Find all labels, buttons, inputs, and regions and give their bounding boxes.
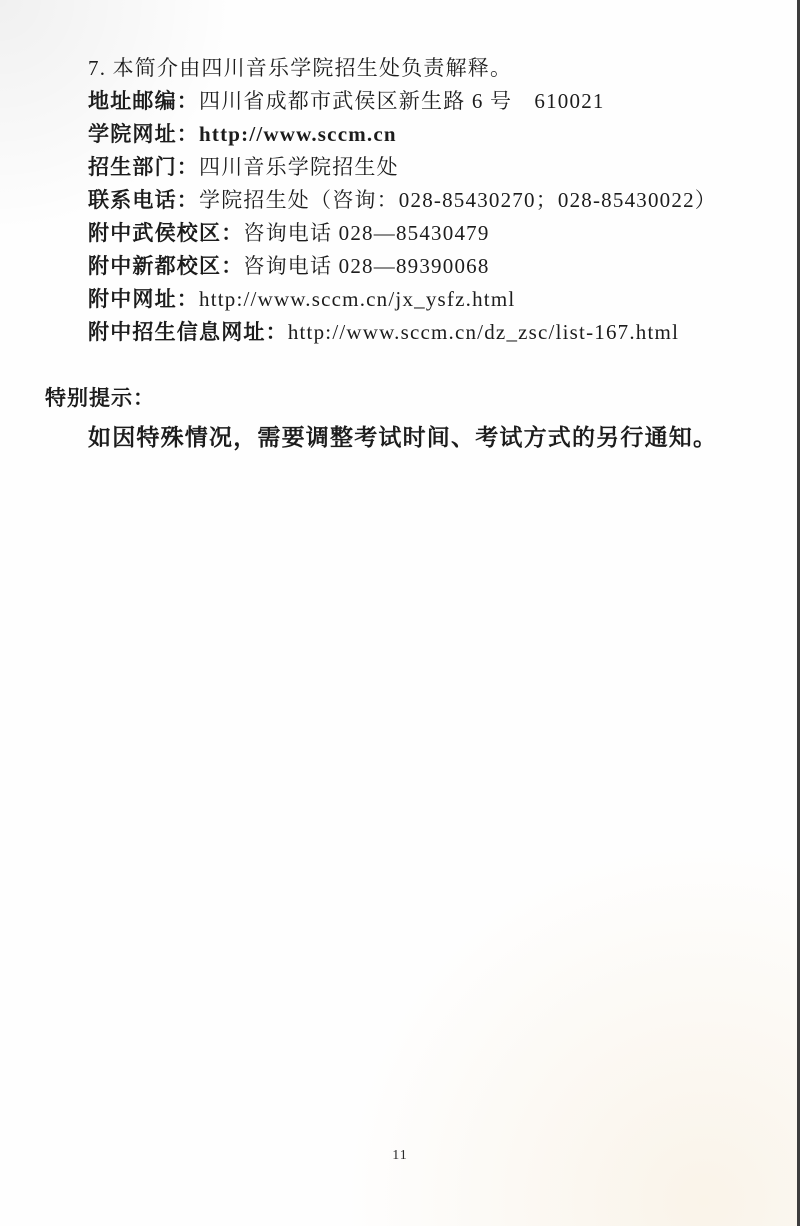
info-value: 四川音乐学院招生处 [199,155,399,179]
info-row-admissions-dept: 招生部门：四川音乐学院招生处 [88,151,748,184]
info-label: 联系电话： [88,188,199,212]
info-label: 附中招生信息网址： [88,320,288,344]
info-label: 学院网址： [88,122,199,146]
special-notice-heading: 特别提示： [45,384,765,414]
info-row-address: 地址邮编：四川省成都市武侯区新生路 6 号 610021 [88,85,748,118]
info-label: 附中网址： [88,287,199,311]
info-label: 地址邮编： [88,89,199,113]
affiliated-school-url: http://www.sccm.cn/jx_ysfz.html [199,287,515,311]
special-notice-section: 特别提示： 如因特殊情况，需要调整考试时间、考试方式的另行通知。 [45,384,765,453]
info-value: 咨询电话 028—89390068 [243,254,489,278]
info-row-affiliated-school-website: 附中网址：http://www.sccm.cn/jx_ysfz.html [88,283,748,316]
page-number: 11 [0,1148,800,1164]
info-row-college-website: 学院网址：http://www.sccm.cn [88,118,748,151]
info-value: 咨询电话 028—85430479 [243,221,489,245]
info-value: 四川省成都市武侯区新生路 6 号 610021 [199,89,605,113]
contact-info-section: 7. 本简介由四川音乐学院招生处负责解释。 地址邮编：四川省成都市武侯区新生路 … [88,52,748,349]
info-row-contact-phone: 联系电话：学院招生处（咨询：028-85430270；028-85430022） [88,184,748,217]
info-row-affiliated-admissions-website: 附中招生信息网址：http://www.sccm.cn/dz_zsc/list-… [88,316,748,349]
info-label: 附中武侯校区： [88,221,243,245]
info-row-wuhou-campus: 附中武侯校区：咨询电话 028—85430479 [88,217,748,250]
intro-line: 7. 本简介由四川音乐学院招生处负责解释。 [88,52,748,85]
affiliated-admissions-url: http://www.sccm.cn/dz_zsc/list-167.html [288,320,679,344]
info-row-xindu-campus: 附中新都校区：咨询电话 028—89390068 [88,250,748,283]
special-notice-body: 如因特殊情况，需要调整考试时间、考试方式的另行通知。 [45,421,765,453]
info-label: 附中新都校区： [88,254,243,278]
info-label: 招生部门： [88,155,199,179]
info-value: 学院招生处（咨询：028-85430270；028-85430022） [199,188,717,212]
college-website-url: http://www.sccm.cn [199,122,397,146]
